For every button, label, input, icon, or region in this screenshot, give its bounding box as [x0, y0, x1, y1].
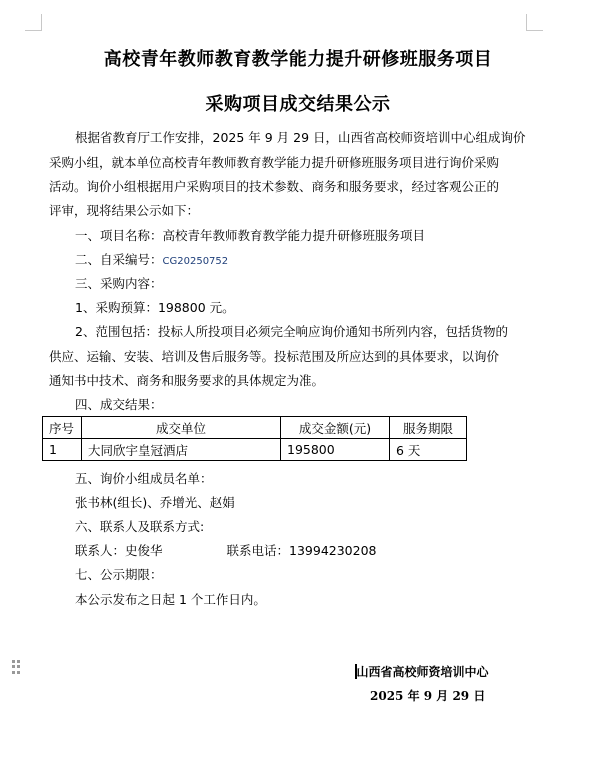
- item-contact-heading: 六、联系人及联系方式:: [49, 515, 565, 539]
- members-list: 张书林(组长)、乔增光、赵娟: [49, 491, 565, 515]
- intro-line-3: 活动。询价小组根据用户采购项目的技术参数、商务和服务要求，经过客观公正的: [49, 175, 539, 199]
- cell-supplier: 大同欣宇皇冠酒店: [82, 439, 281, 461]
- procurement-number-label: 二、自采编号：: [75, 252, 163, 267]
- header-amount: 成交金额(元): [281, 417, 390, 439]
- page-corner-mark-top-left: [25, 14, 42, 31]
- intro-line-4: 评审，现将结果公示如下：: [49, 199, 539, 223]
- scope-line-3: 通知书中技术、商务和服务要求的具体规定为准。: [49, 369, 539, 393]
- header-seq: 序号: [43, 417, 82, 439]
- intro-line-2: 采购小组，就本单位高校青年教师教育教学能力提升研修班服务项目进行询价采购: [49, 151, 539, 175]
- scope-line-2: 供应、运输、安装、培训及售后服务等。投标范围及所应达到的具体要求，以询价: [49, 345, 539, 369]
- header-supplier: 成交单位: [82, 417, 281, 439]
- intro-line-1: 根据省教育厅工作安排，2025 年 9 月 29 日，山西省高校师资培训中心组成…: [49, 126, 565, 150]
- table-header-row: 序号 成交单位 成交金额(元) 服务期限: [43, 417, 467, 439]
- contact-line: 联系人：史俊华联系电话：13994230208: [49, 539, 565, 563]
- item-project-name: 一、项目名称：高校青年教师教育教学能力提升研修班服务项目: [49, 224, 565, 248]
- document-title-line-1: 高校青年教师教育教学能力提升研修班服务项目: [0, 45, 596, 71]
- cell-seq: 1: [43, 439, 82, 461]
- scope-line-1: 2、范围包括：投标人所投项目必须完全响应询价通知书所列内容，包括货物的: [49, 320, 565, 344]
- item-members-heading: 五、询价小组成员名单：: [49, 467, 565, 491]
- item-period-heading: 七、公示期限：: [49, 563, 565, 587]
- signature-date: 2025 年 9 月 29 日: [370, 687, 485, 704]
- cell-amount: 195800: [281, 439, 390, 461]
- page-corner-mark-top-right: [526, 14, 543, 31]
- procurement-number-code: CG20250752: [163, 256, 229, 267]
- signature-org: 山西省高校师资培训中心: [355, 663, 489, 680]
- item-procurement-content: 三、采购内容：: [49, 272, 565, 296]
- item-budget: 1、采购预算：198800 元。: [49, 296, 565, 320]
- contact-phone: 联系电话：13994230208: [227, 543, 377, 558]
- cell-service-period: 6 天: [390, 439, 467, 461]
- document-title-line-2: 采购项目成交结果公示: [0, 90, 596, 116]
- header-service-period: 服务期限: [390, 417, 467, 439]
- result-table: 序号 成交单位 成交金额(元) 服务期限 1 大同欣宇皇冠酒店 195800 6…: [42, 416, 467, 461]
- table-row: 1 大同欣宇皇冠酒店 195800 6 天: [43, 439, 467, 461]
- contact-person: 联系人：史俊华: [75, 543, 163, 558]
- drag-handle-icon[interactable]: [12, 660, 20, 674]
- item-procurement-number: 二、自采编号：CG20250752: [49, 248, 565, 274]
- item-result-heading: 四、成交结果：: [49, 393, 565, 417]
- period-text: 本公示发布之日起 1 个工作日内。: [49, 588, 565, 612]
